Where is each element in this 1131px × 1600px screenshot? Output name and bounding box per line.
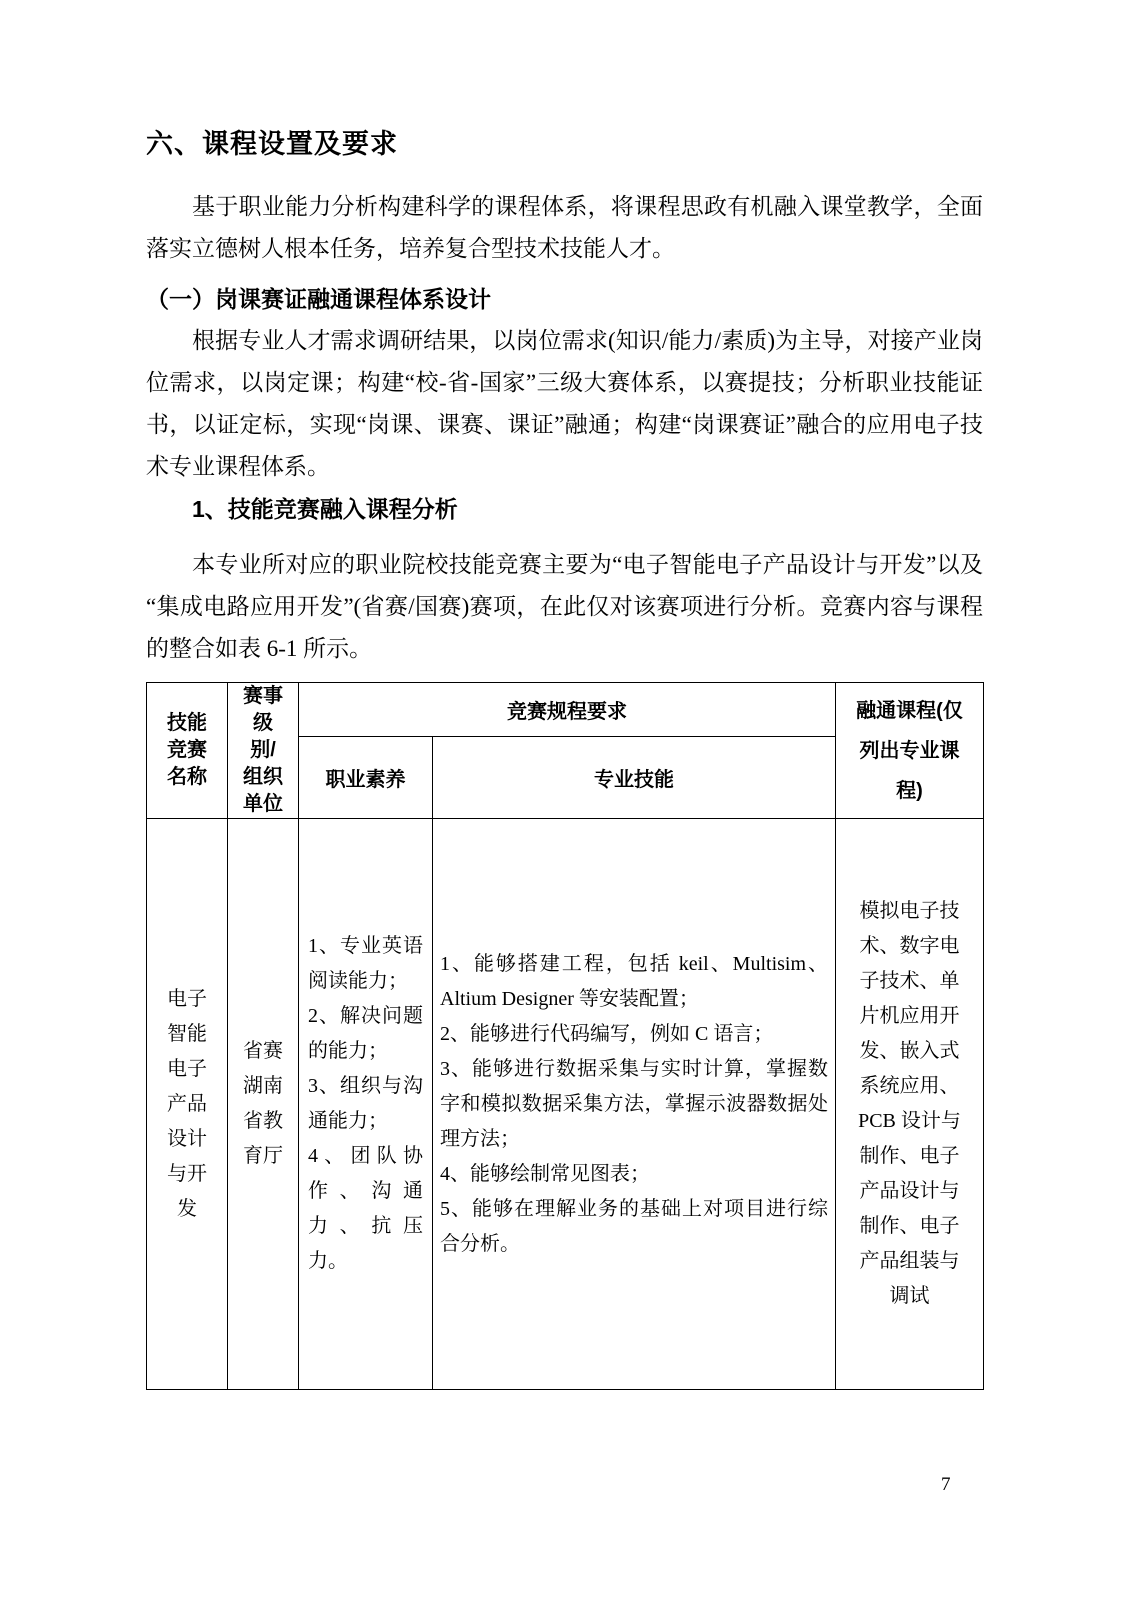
analysis-paragraph: 本专业所对应的职业院校技能竞赛主要为“电子智能电子产品设计与开发”以及“集成电路… (146, 544, 983, 670)
integrated-courses-text: 模拟电子技术、数字电子技术、单片机应用开发、嵌入式系统应用、PCB 设计与制作、… (851, 894, 969, 1314)
cell-integrated-courses: 模拟电子技术、数字电子技术、单片机应用开发、嵌入式系统应用、PCB 设计与制作、… (836, 819, 984, 1390)
quality-item: 3、组织与沟通能力； (308, 1069, 423, 1139)
header-regulation-requirements: 竞赛规程要求 (299, 683, 836, 737)
intro-paragraph: 基于职业能力分析构建科学的课程体系，将课程思政有机融入课堂教学，全面落实立德树人… (146, 186, 983, 270)
skill-item: 1、能够搭建工程，包括 keil、Multisim、Altium Designe… (440, 947, 828, 1017)
cell-professional-quality: 1、专业英语阅读能力； 2、解决问题的能力； 3、组织与沟通能力； 4、团队协作… (299, 819, 433, 1390)
header-event-level: 赛事级别/组织单位 (228, 683, 299, 819)
page-number: 7 (941, 1474, 951, 1496)
header-competition-name-text: 技能竞赛名称 (165, 710, 209, 791)
skill-item: 3、能够进行数据采集与实时计算，掌握数字和模拟数据采集方法，掌握示波器数据处理方… (440, 1052, 828, 1157)
header-integrated-courses-text: 融通课程(仅列出专业课程) (851, 691, 969, 811)
quality-item: 2、解决问题的能力； (308, 999, 423, 1069)
skill-item: 2、能够进行代码编写，例如 C 语言； (440, 1017, 828, 1052)
header-professional-skills: 专业技能 (433, 737, 836, 819)
header-professional-quality: 职业素养 (299, 737, 433, 819)
list-item-heading: 1、技能竞赛融入课程分析 (146, 488, 983, 530)
document-content: 六、课程设置及要求 基于职业能力分析构建科学的课程体系，将课程思政有机融入课堂教… (146, 0, 983, 1390)
header-competition-name: 技能竞赛名称 (147, 683, 228, 819)
quality-item: 4、团队协作、沟通力、抗压力。 (308, 1139, 423, 1279)
skill-item: 5、能够在理解业务的基础上对项目进行综合分析。 (440, 1192, 828, 1262)
event-level-text: 省赛湖南省教育厅 (241, 1034, 285, 1174)
cell-event-level: 省赛湖南省教育厅 (228, 819, 299, 1390)
section-heading: 六、课程设置及要求 (146, 126, 983, 162)
competition-name-text: 电子智能电子产品设计与开发 (165, 982, 209, 1227)
cell-competition-name: 电子智能电子产品设计与开发 (147, 819, 228, 1390)
header-integrated-courses: 融通课程(仅列出专业课程) (836, 683, 984, 819)
quality-item: 1、专业英语阅读能力； (308, 929, 423, 999)
header-event-level-text: 赛事级别/组织单位 (241, 683, 285, 818)
cell-professional-skills: 1、能够搭建工程，包括 keil、Multisim、Altium Designe… (433, 819, 836, 1390)
skill-item: 4、能够绘制常见图表； (440, 1157, 828, 1192)
design-paragraph: 根据专业人才需求调研结果，以岗位需求(知识/能力/素质)为主导，对接产业岗位需求… (146, 320, 983, 488)
document-page: 六、课程设置及要求 基于职业能力分析构建科学的课程体系，将课程思政有机融入课堂教… (0, 0, 1131, 1600)
competition-course-table: 技能竞赛名称 赛事级别/组织单位 竞赛规程要求 融通课程(仅列出专业课程) 职业… (146, 682, 984, 1390)
subsection-heading: （一）岗课赛证融通课程体系设计 (146, 278, 983, 320)
table-row: 电子智能电子产品设计与开发 省赛湖南省教育厅 1、专业英语阅读能力； 2、解决问… (147, 819, 984, 1390)
table-header-row-1: 技能竞赛名称 赛事级别/组织单位 竞赛规程要求 融通课程(仅列出专业课程) (147, 683, 984, 737)
